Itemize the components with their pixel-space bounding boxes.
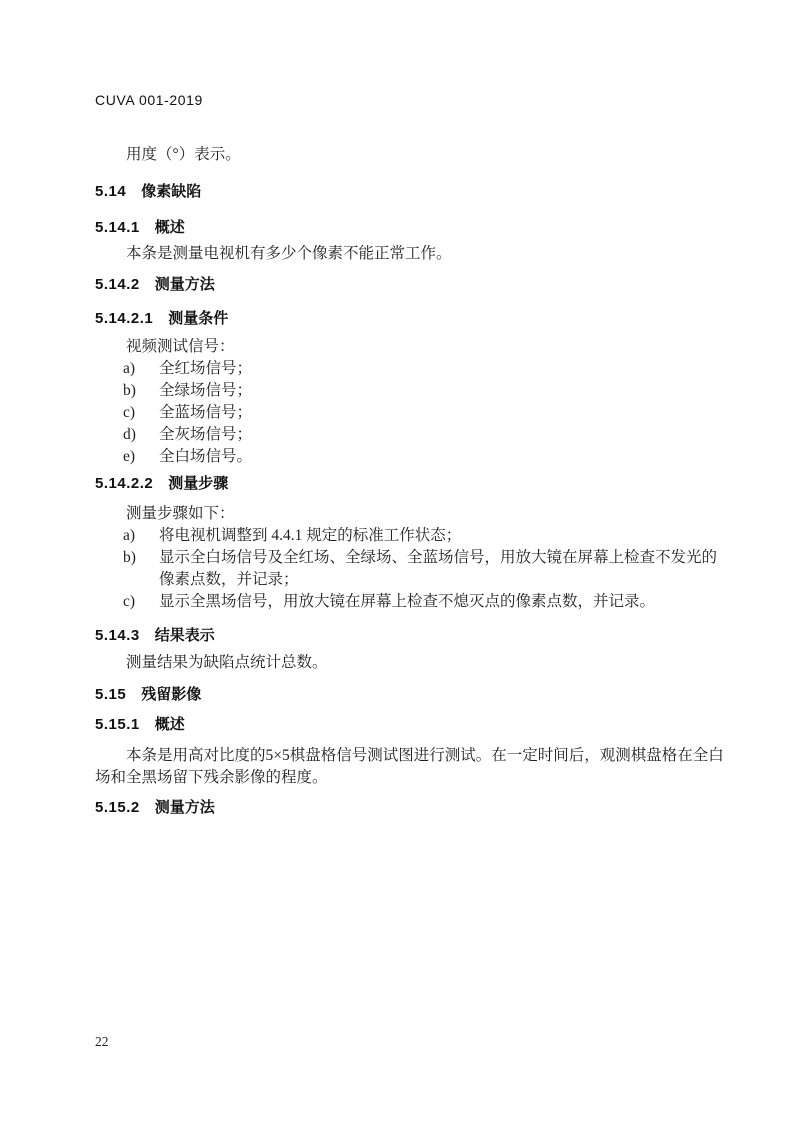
list-marker: b) [123,547,159,569]
section-title: 残留影像 [141,686,201,703]
list-item-text: 显示全白场信号及全红场、全绿场、全蓝场信号，用放大镜在屏幕上检查不发光的像素点数… [159,547,729,591]
list-marker: b) [123,380,159,402]
section-title: 测量方法 [155,799,215,816]
section-number: 5.14.3 [95,627,140,644]
list-marker: a) [123,358,159,380]
section-heading-5-14-2: 5.14.2测量方法 [95,274,729,296]
section-heading-5-14-1: 5.14.1概述 [95,217,729,239]
list-item: e) 全白场信号。 [95,446,729,468]
document-page: CUVA 001-2019 用度（°）表示。 5.14像素缺陷 5.14.1概述… [0,0,800,1131]
list-item-text: 全白场信号。 [159,446,729,468]
section-title: 测量条件 [168,310,228,327]
section-title: 概述 [155,716,185,733]
section-number: 5.14 [95,183,126,200]
section-title: 像素缺陷 [141,183,201,200]
list-item-text: 全蓝场信号； [159,402,729,424]
section-number: 5.14.2.1 [95,310,153,327]
paragraph-5-15-1: 本条是用高对比度的5×5棋盘格信号测试图进行测试。在一定时间后，观测棋盘格在全白… [95,745,729,789]
list-item: b) 全绿场信号； [95,380,729,402]
section-number: 5.15.1 [95,716,140,733]
section-number: 5.14.2 [95,276,140,293]
section-number: 5.14.1 [95,219,140,236]
list-item-text: 全灰场信号； [159,424,729,446]
section-title: 结果表示 [155,627,215,644]
paragraph-5-14-1: 本条是测量电视机有多少个像素不能正常工作。 [95,243,729,265]
section-number: 5.15.2 [95,799,140,816]
list-item-text: 显示全黑场信号，用放大镜在屏幕上检查不熄灭点的像素点数，并记录。 [159,591,729,613]
section-number: 5.15 [95,686,126,703]
section-title: 测量步骤 [168,475,228,492]
steps-list: a) 将电视机调整到 4.4.1 规定的标准工作状态； b) 显示全白场信号及全… [95,525,729,613]
section-heading-5-15: 5.15残留影像 [95,684,729,706]
list-marker: e) [123,446,159,468]
list-item-text: 将电视机调整到 4.4.1 规定的标准工作状态； [159,525,729,547]
list-item: a) 将电视机调整到 4.4.1 规定的标准工作状态； [95,525,729,547]
document-content: 用度（°）表示。 5.14像素缺陷 5.14.1概述 本条是测量电视机有多少个像… [95,0,729,819]
section-heading-5-14-3: 5.14.3结果表示 [95,625,729,647]
section-number: 5.14.2.2 [95,475,153,492]
list-item: a) 全红场信号； [95,358,729,380]
list-item: b) 显示全白场信号及全红场、全绿场、全蓝场信号，用放大镜在屏幕上检查不发光的像… [95,547,729,591]
section-title: 测量方法 [155,276,215,293]
section-heading-5-15-1: 5.15.1概述 [95,714,729,736]
intro-paragraph: 用度（°）表示。 [95,144,729,166]
section-heading-5-14-2-1: 5.14.2.1测量条件 [95,308,729,330]
list-item-text: 全绿场信号； [159,380,729,402]
list-marker: d) [123,424,159,446]
list-item-text: 全红场信号； [159,358,729,380]
list-marker: c) [123,402,159,424]
list-item: c) 显示全黑场信号，用放大镜在屏幕上检查不熄灭点的像素点数，并记录。 [95,591,729,613]
section-heading-5-14-2-2: 5.14.2.2测量步骤 [95,473,729,495]
section-title: 概述 [155,219,185,236]
list-item: d) 全灰场信号； [95,424,729,446]
signal-list: a) 全红场信号； b) 全绿场信号； c) 全蓝场信号； d) 全灰场信号； … [95,358,729,468]
signal-list-intro: 视频测试信号： [95,336,729,358]
section-heading-5-15-2: 5.15.2测量方法 [95,797,729,819]
list-marker: c) [123,591,159,613]
paragraph-5-14-3: 测量结果为缺陷点统计总数。 [95,652,729,674]
list-marker: a) [123,525,159,547]
list-item: c) 全蓝场信号； [95,402,729,424]
steps-list-intro: 测量步骤如下： [95,503,729,525]
section-heading-5-14: 5.14像素缺陷 [95,181,729,203]
page-number: 22 [95,1034,109,1050]
